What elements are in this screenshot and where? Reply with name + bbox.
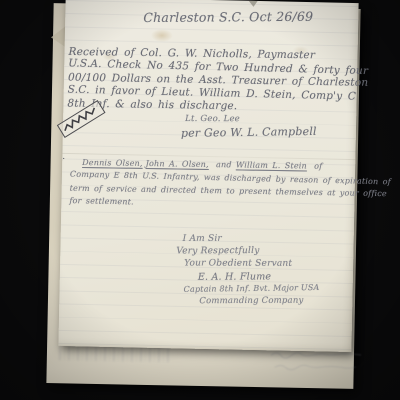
notice-text-line: term of service and directed them to pre… [70,184,387,199]
underlined-name: Dennis Olsen, [82,158,143,168]
closing-signature-role: Commanding Company [199,296,303,307]
closing-line: Very Respectfully [176,246,259,256]
notice-tail: of [310,162,323,171]
tick-mark: . [62,152,65,162]
closing-signature-title: Captain 8th Inf. Bvt. Major USA [184,283,320,294]
closing-line: Your Obedient Servant [184,258,292,268]
dateline: Charleston S.C. Oct 26/69 [123,9,333,25]
receipt-signature: per Geo W. L. Campbell [181,125,317,140]
receipt-attn-line: Lt. Geo. Lee [185,114,240,124]
closing-signature: E. A. H. Flume [198,271,271,282]
faint-handwriting-mark [268,347,381,381]
closing-line: I Am Sir [183,234,222,244]
notice-conj: and [212,160,236,169]
stain-spot [151,29,173,42]
paper-notch [249,1,258,7]
document-photo: Charleston S.C. Oct 26/69 Received of Co… [0,0,400,400]
underlined-name: William L. Stein [236,160,307,170]
notice-names-line: Dennis Olsen,John A. Olsen, and William … [82,158,322,171]
letter-page: Charleston S.C. Oct 26/69 Received of Co… [58,0,358,352]
notice-text-line: for settlement. [69,196,134,206]
underlined-name: John A. Olsen, [146,159,209,169]
